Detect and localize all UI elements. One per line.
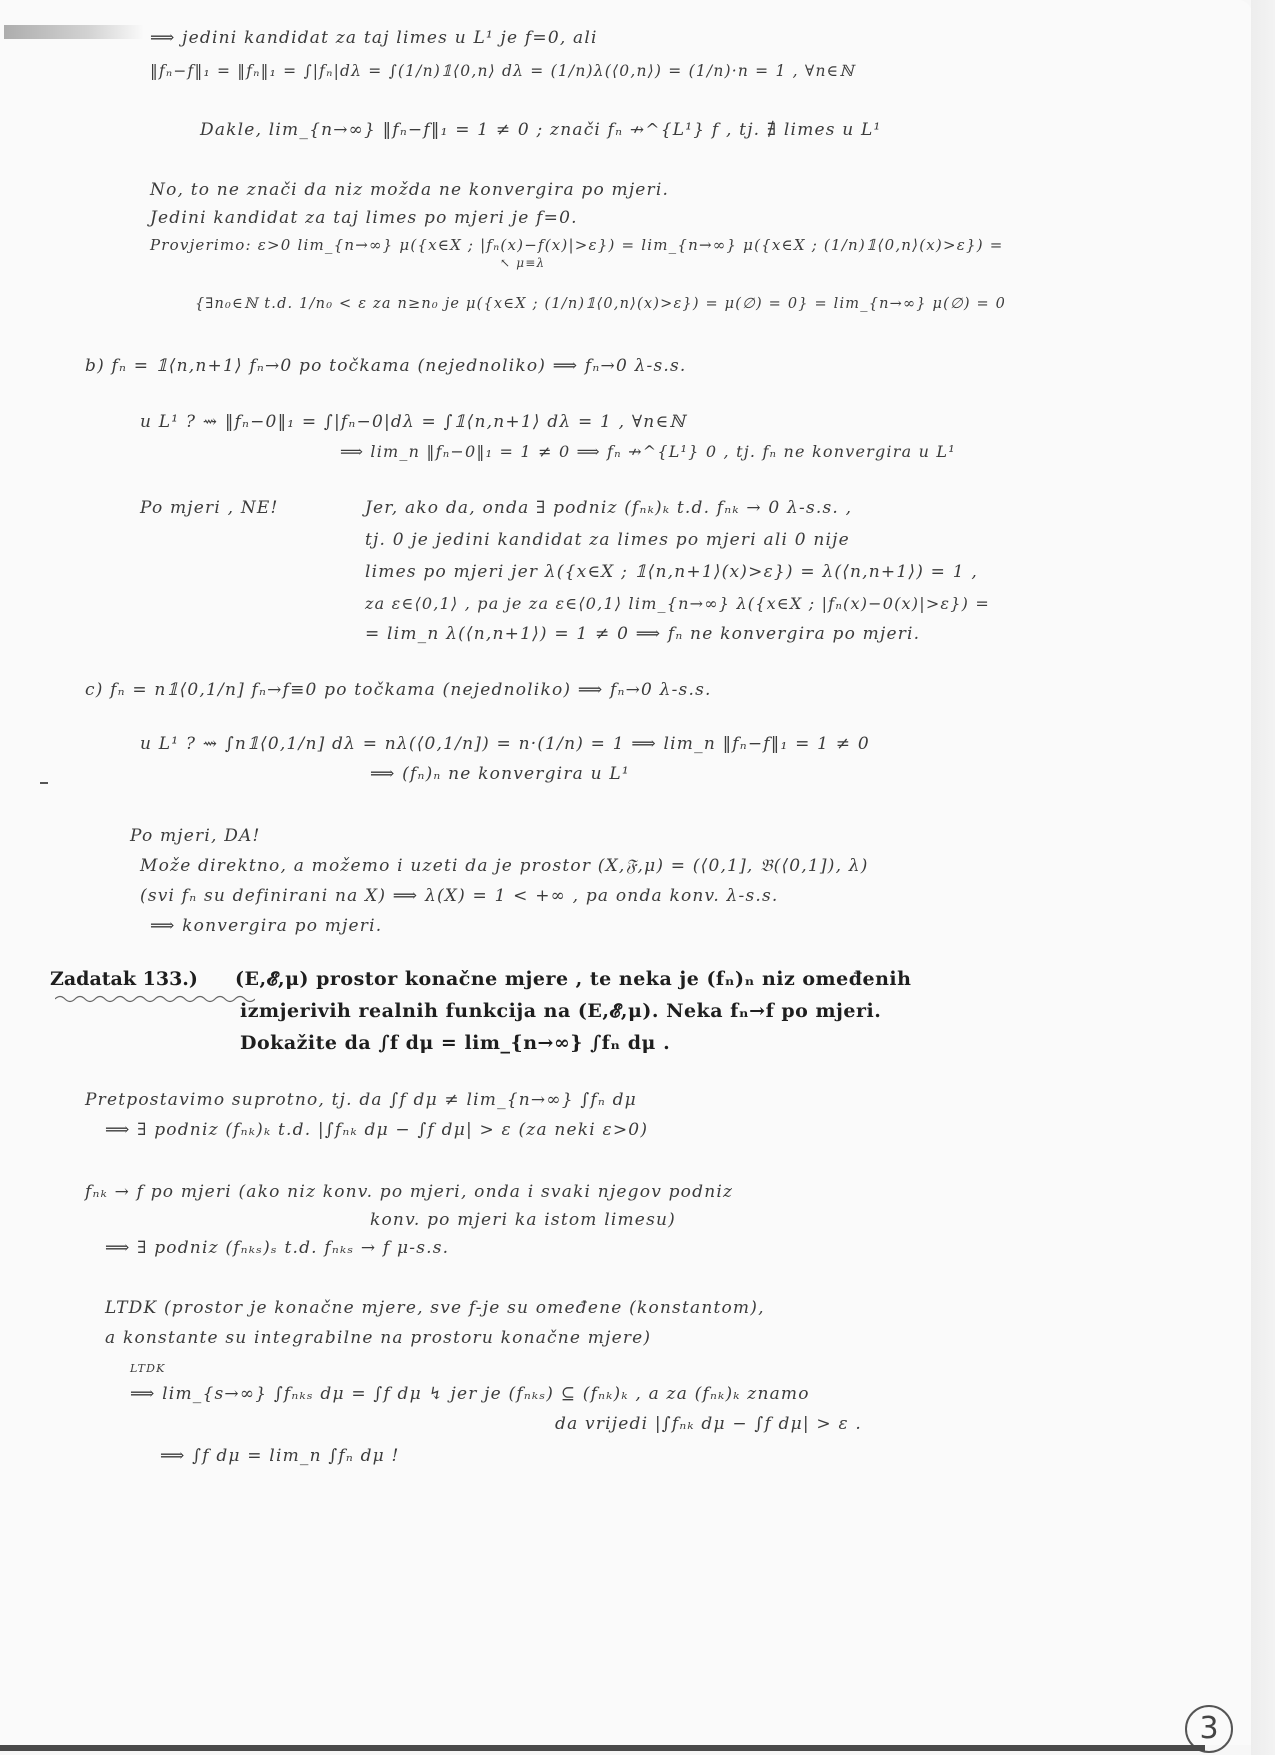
scanned-page: ⟹ jedini kandidat za taj limes u L¹ je f… [0, 0, 1252, 1745]
text-line: Jer, ako da, onda ∃ podniz (fₙₖ)ₖ t.d. f… [365, 498, 852, 518]
text-line: fₙₖ → f po mjeri (ako niz konv. po mjeri… [85, 1182, 733, 1202]
underline-squiggle-icon [55, 994, 255, 1004]
text-line: ⟹ ∃ podniz (fₙₖₛ)ₛ t.d. fₙₖₛ → f μ-s.s. [105, 1238, 449, 1258]
text-line: Dakle, lim_{n→∞} ‖fₙ−f‖₁ = 1 ≠ 0 ; znači… [200, 120, 882, 140]
text-line: Može direktno, a možemo i uzeti da je pr… [140, 856, 869, 876]
text-line: u L¹ ? ⇝ ‖fₙ−0‖₁ = ∫|fₙ−0|dλ = ∫𝟙⟨n,n+1⟩… [140, 412, 686, 432]
stray-mark [40, 782, 48, 784]
text-line: ⟹ ∃ podniz (fₙₖ)ₖ t.d. |∫fₙₖ dμ − ∫f dμ|… [105, 1120, 648, 1140]
text-line: Provjerimo: ε>0 lim_{n→∞} μ({x∈X ; |fₙ(x… [150, 236, 1004, 254]
text-line: ⟹ jedini kandidat za taj limes u L¹ je f… [150, 28, 598, 48]
text-line: = lim_n λ(⟨n,n+1⟩) = 1 ≠ 0 ⟹ fₙ ne konve… [365, 624, 920, 644]
annotation: ↖ μ≡λ [500, 256, 545, 270]
text-line: (svi fₙ su definirani na X) ⟹ λ(X) = 1 <… [140, 886, 779, 906]
text-line: a konstante su integrabilne na prostoru … [105, 1328, 651, 1348]
text-line: ⟹ (fₙ)ₙ ne konvergira u L¹ [370, 764, 630, 784]
text-line: b) fₙ = 𝟙⟨n,n+1⟩ fₙ→0 po točkama (nejedn… [85, 356, 687, 376]
task-statement-line: izmjerivih realnih funkcija na (E,𝓔,μ). … [240, 1000, 881, 1022]
text-line: ⟹ ∫f dμ = lim_n ∫fₙ dμ ! [160, 1446, 400, 1466]
scan-bottom-bar [0, 1745, 1205, 1751]
text-line: ⟹ konvergira po mjeri. [150, 916, 382, 936]
annotation: LTDK [130, 1362, 166, 1375]
task-heading: Zadatak 133.) [50, 968, 198, 990]
text-line: Jedini kandidat za taj limes po mjeri je… [150, 208, 578, 228]
task-statement-line: Dokažite da ∫f dμ = lim_{n→∞} ∫fₙ dμ . [240, 1032, 670, 1054]
text-line: u L¹ ? ⇝ ∫n𝟙⟨0,1/n] dλ = nλ(⟨0,1/n]) = n… [140, 734, 870, 754]
text-line: Po mjeri, DA! [130, 826, 261, 846]
text-line: ⟹ lim_{s→∞} ∫fₙₖₛ dμ = ∫f dμ ↯ jer je (f… [130, 1384, 810, 1404]
scan-edge [1251, 0, 1275, 1755]
text-line: limes po mjeri jer λ({x∈X ; 𝟙⟨n,n+1⟩(x)>… [365, 562, 978, 582]
text-line: c) fₙ = n𝟙⟨0,1/n] fₙ→f≡0 po točkama (nej… [85, 680, 712, 700]
text-line: Po mjeri , NE! [140, 498, 279, 518]
text-line: za ε∈⟨0,1⟩ , pa je za ε∈⟨0,1⟩ lim_{n→∞} … [365, 594, 990, 613]
text-line: ‖fₙ−f‖₁ = ‖fₙ‖₁ = ∫|fₙ|dλ = ∫(1/n)𝟙⟨0,n⟩… [150, 62, 855, 80]
text-line: LTDK (prostor je konačne mjere, sve f-je… [105, 1298, 765, 1318]
text-line: konv. po mjeri ka istom limesu) [370, 1210, 676, 1230]
scan-artifact [4, 25, 144, 39]
text-line: ⟹ lim_n ‖fₙ−0‖₁ = 1 ≠ 0 ⟹ fₙ ↛^{L¹} 0 , … [340, 442, 956, 461]
text-line: tj. 0 je jedini kandidat za limes po mje… [365, 530, 850, 550]
text-line: da vrijedi |∫fₙₖ dμ − ∫f dμ| > ε . [555, 1414, 862, 1434]
text-line: {∃n₀∈ℕ t.d. 1/n₀ < ε za n≥n₀ je μ({x∈X ;… [195, 296, 1006, 312]
text-line: No, to ne znači da niz možda ne konvergi… [150, 180, 669, 200]
text-line: Pretpostavimo suprotno, tj. da ∫f dμ ≠ l… [85, 1090, 637, 1110]
task-statement-line: (E,𝓔,μ) prostor konačne mjere , te neka … [235, 968, 911, 990]
